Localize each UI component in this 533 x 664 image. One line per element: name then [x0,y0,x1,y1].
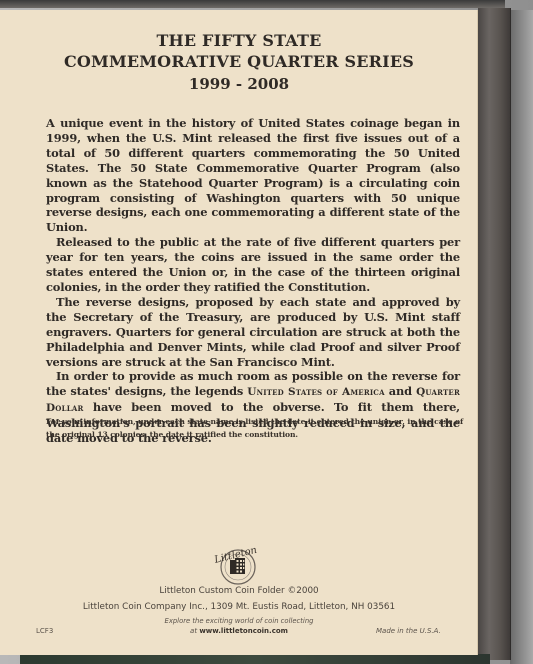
title-line-1: THE FIFTY STATE [0,30,478,51]
footer-copyright: Littleton Custom Coin Folder ©2000 [0,586,478,596]
paragraph-release: Released to the public at the rate of fi… [46,235,460,295]
website-link[interactable]: www.littletoncoin.com [199,627,288,635]
spine-shadow [510,10,533,664]
legend-united-states: United States of America [247,386,384,398]
footer-at: at [190,627,197,635]
cover-bottom-edge [20,654,490,664]
paragraph-intro: A unique event in the history of United … [46,116,460,235]
title-years: 1999 - 2008 [0,73,478,95]
legends-text-b: and [385,384,416,398]
folder-back-page: THE FIFTY STATE COMMEMORATIVE QUARTER SE… [0,10,478,655]
made-in-usa: Made in the U.S.A. [376,627,441,635]
product-code: LCF3 [36,627,53,635]
body-text: A unique event in the history of United … [46,116,460,446]
info-note: For your information, under each state n… [46,416,466,441]
paragraph-designs: The reverse designs, proposed by each st… [46,295,460,370]
title-line-2: COMMEMORATIVE QUARTER SERIES [0,51,478,72]
title-block: THE FIFTY STATE COMMEMORATIVE QUARTER SE… [0,30,478,95]
littleton-logo-icon: Littleton [211,542,263,588]
folder-spine [478,8,511,660]
cover-top-edge [0,0,505,8]
footer-address: Littleton Coin Company Inc., 1309 Mt. Eu… [0,602,478,612]
footer-tagline: Explore the exciting world of coin colle… [0,617,478,625]
